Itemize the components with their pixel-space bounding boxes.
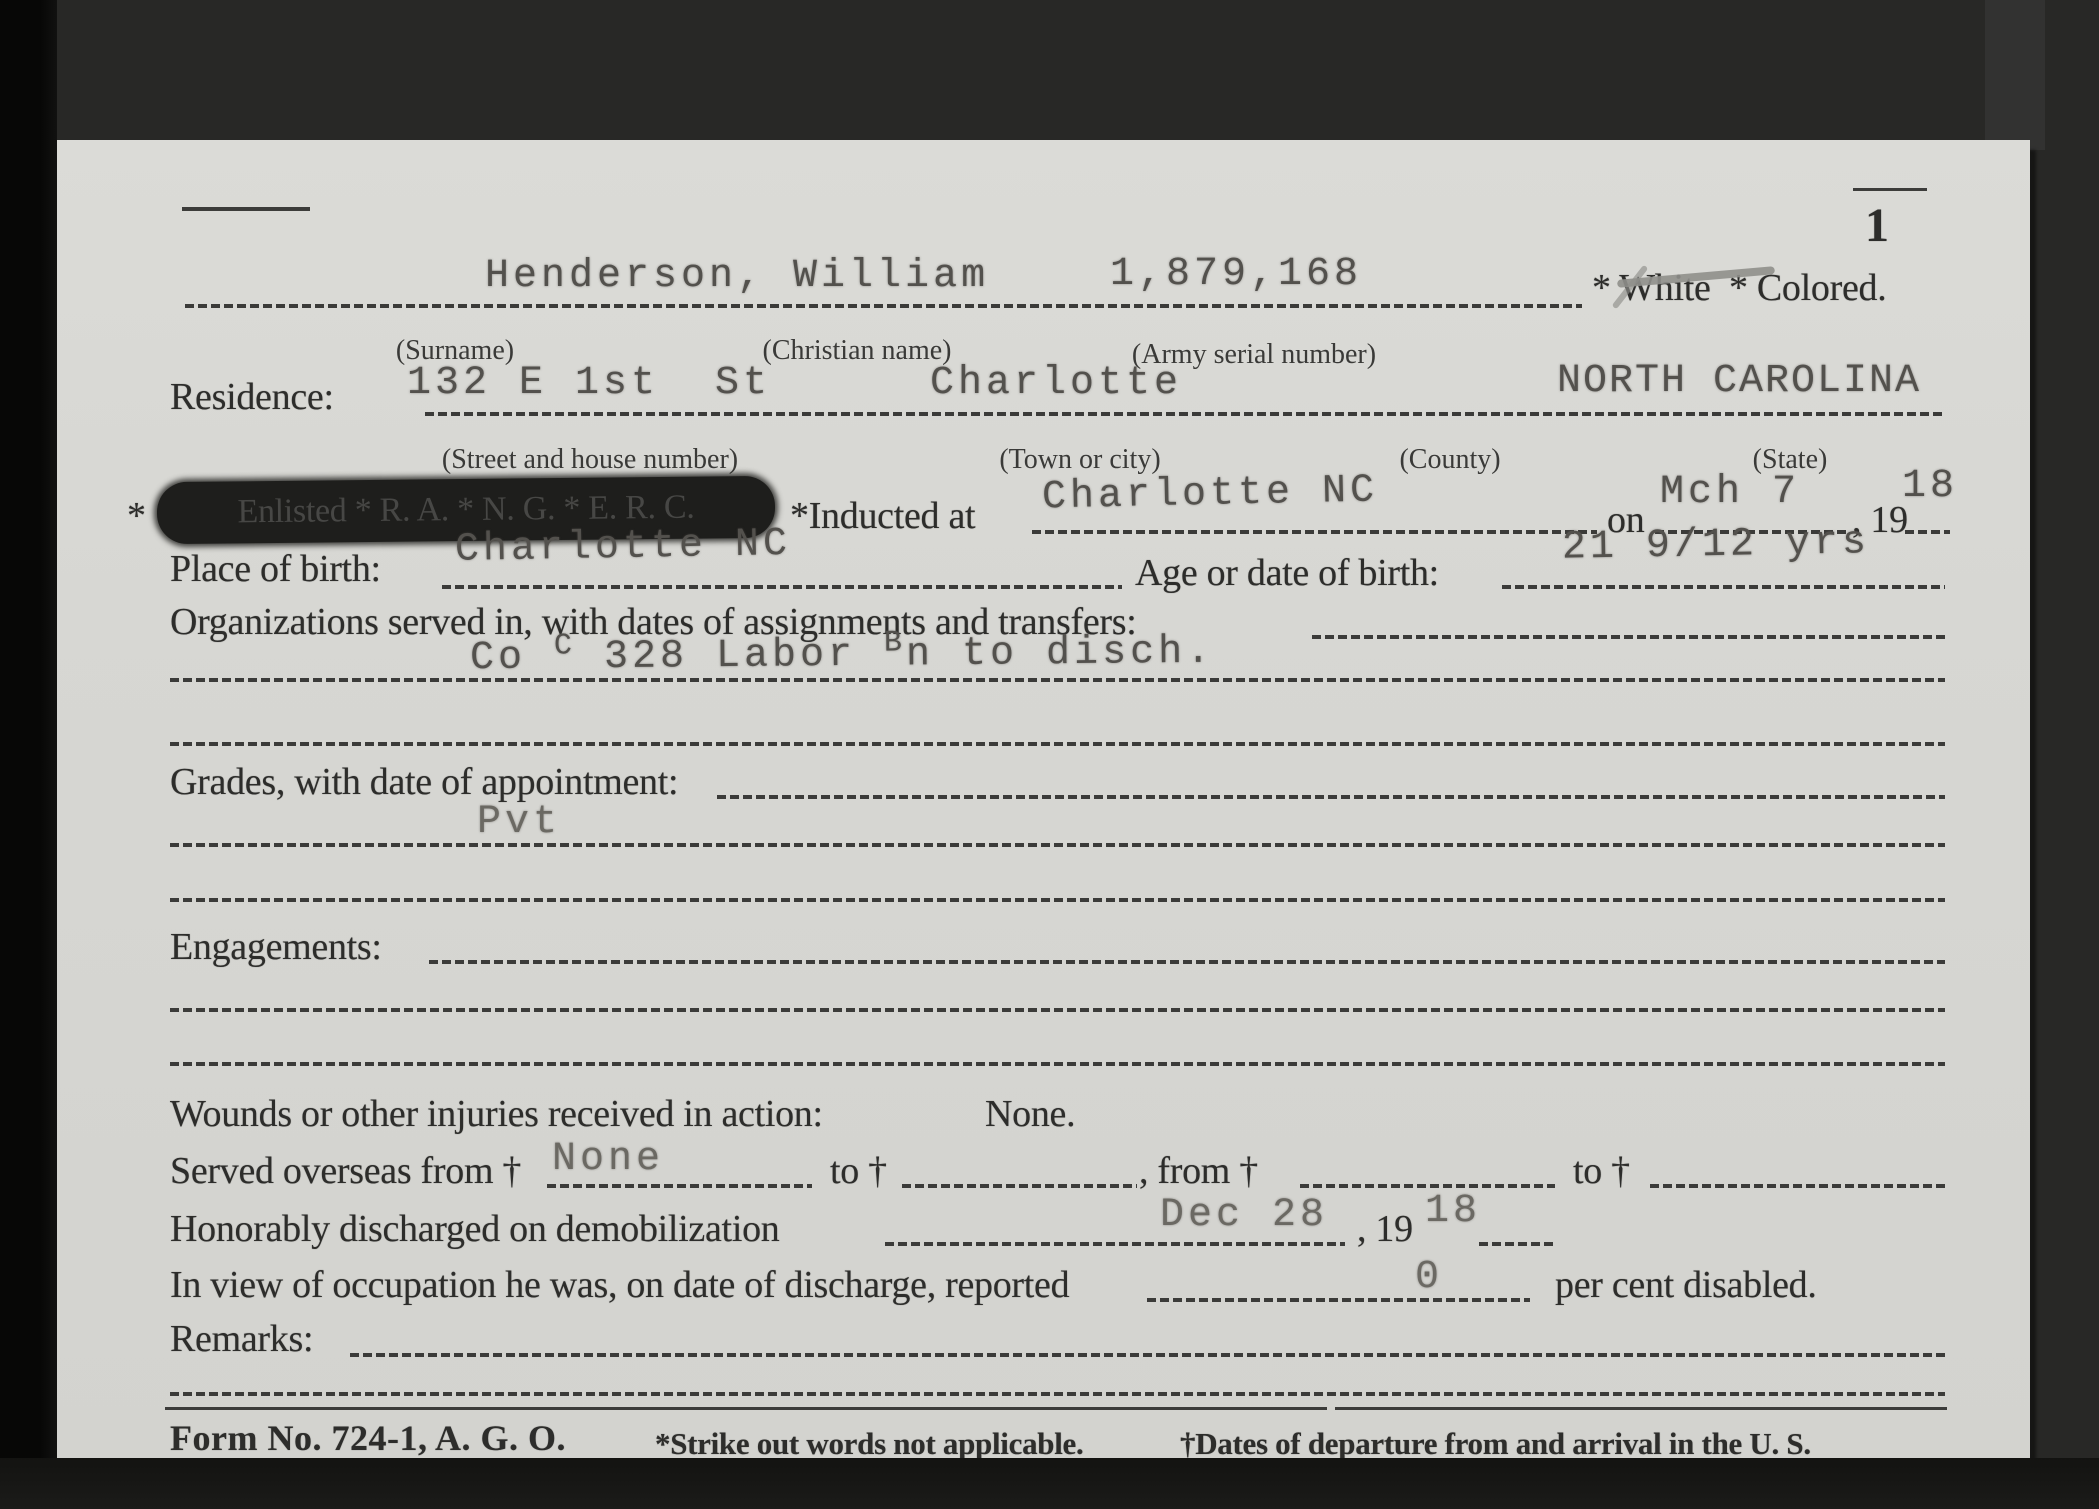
scanned-page: 1 Henderson, William 1,879,168 * White *…	[0, 0, 2099, 1509]
blank-line-1	[170, 742, 1945, 746]
discharge-year-value: 18	[1425, 1192, 1481, 1232]
race-colored: Colored.	[1757, 267, 1887, 309]
birth-row: Place of birth: Charlotte NC Age or date…	[57, 530, 2030, 600]
christian-label: (Christian name)	[763, 337, 952, 365]
remarks-row: Remarks:	[57, 1315, 2030, 1360]
remarks-line	[350, 1353, 1945, 1357]
residence-line	[425, 412, 1945, 416]
overseas-line-4	[1650, 1184, 1945, 1188]
wounds-value: None.	[985, 1095, 1075, 1133]
town-label: (Town or city)	[999, 446, 1160, 474]
struck-enlistment-options: Enlisted * R. A. * N. G. * E. R. C.	[237, 491, 694, 530]
org-mid: 328 Labor	[576, 633, 884, 681]
scan-light-band	[1985, 0, 2045, 150]
disability-line	[1147, 1298, 1530, 1302]
overseas-to1-label: to †	[830, 1152, 887, 1190]
footer: Form No. 724-1, A. G. O. Nov. 22, 1919 *…	[57, 1418, 2030, 1462]
induction-date-value: Mch 7	[1660, 473, 1800, 513]
disability-row: In view of occupation he was, on date of…	[57, 1258, 2030, 1313]
name-line	[185, 304, 1582, 308]
overseas-line-3	[1300, 1184, 1555, 1188]
residence-row: Residence: 132 E 1st St Charlotte NORTH …	[57, 362, 2030, 462]
org-bn-sup: B	[884, 626, 906, 660]
dagger-note: †Dates of departure from and arrival in …	[1180, 1428, 1811, 1459]
blank-line-3	[170, 1008, 1945, 1012]
birthplace-line	[442, 585, 1122, 589]
name-row: Henderson, William 1,879,168 * White * C…	[57, 255, 2030, 355]
organizations-line-2	[170, 678, 1945, 682]
residence-label: Residence:	[170, 378, 334, 416]
discharge-label: Honorably discharged on demobilization	[170, 1210, 779, 1248]
birthplace-value: Charlotte NC	[455, 525, 792, 571]
year-value: 18	[1902, 467, 1958, 507]
overseas-line-1	[547, 1184, 812, 1188]
engagements-line	[429, 960, 1945, 964]
disability-suffix: per cent disabled.	[1555, 1266, 1817, 1304]
page-number-rule	[1853, 188, 1927, 191]
discharge-line-2	[1479, 1242, 1555, 1246]
scan-left-border	[0, 0, 57, 1509]
age-value: 21 9/12 yrs	[1562, 523, 1871, 568]
disability-value: 0	[1415, 1258, 1443, 1298]
org-co: Co	[470, 636, 554, 682]
overseas-row: Served overseas from † None to † , from …	[57, 1140, 2030, 1200]
blank-line-5	[170, 1392, 1945, 1396]
org-end: n to disch.	[906, 630, 1214, 678]
town-value: Charlotte	[930, 364, 1182, 404]
footer-rule-left	[165, 1407, 1327, 1410]
overseas-label: Served overseas from †	[170, 1152, 521, 1190]
form-number: Form No. 724-1, A. G. O.	[170, 1420, 566, 1456]
state-value: NORTH CAROLINA	[1557, 362, 1921, 402]
age-label: Age or date of birth:	[1135, 554, 1439, 592]
birthplace-label: Place of birth:	[170, 550, 381, 588]
org-co-sup: C	[554, 629, 576, 663]
serial-value: 1,879,168	[1110, 255, 1362, 295]
county-label: (County)	[1399, 446, 1500, 474]
wounds-row: Wounds or other injuries received in act…	[57, 1090, 2030, 1135]
discharge-year-prefix: , 19	[1357, 1210, 1413, 1248]
overseas-line-2	[902, 1184, 1137, 1188]
discharge-line-1	[885, 1242, 1345, 1246]
top-left-mark	[182, 207, 310, 211]
footer-rule-right	[1335, 1407, 1947, 1410]
grades-line-2	[170, 843, 1945, 847]
overseas-to2-label: to †	[1573, 1152, 1630, 1190]
wounds-label: Wounds or other injuries received in act…	[170, 1095, 823, 1133]
discharge-date-value: Dec 28	[1160, 1196, 1328, 1236]
grade-value: Pvt	[477, 803, 561, 843]
grades-label: Grades, with date of appointment:	[170, 763, 678, 801]
discharge-row: Honorably discharged on demobilization D…	[57, 1198, 2030, 1258]
blank-line-4	[170, 1062, 1945, 1066]
street-label: (Street and house number)	[442, 446, 738, 474]
engagements-label: Engagements:	[170, 928, 382, 966]
grades-line-1	[717, 795, 1945, 799]
scan-bottom-border	[0, 1458, 2099, 1509]
organizations-line-1	[1312, 635, 1945, 639]
service-record-card: 1 Henderson, William 1,879,168 * White *…	[57, 140, 2030, 1462]
inducted-place-value: Charlotte NC	[1042, 471, 1379, 518]
organizations-row: Organizations served in, with dates of a…	[57, 598, 2030, 688]
engagements-row: Engagements:	[57, 920, 2030, 980]
overseas-from2-label: , from †	[1139, 1152, 1258, 1190]
overseas-from1-value: None	[552, 1140, 664, 1180]
age-line	[1502, 585, 1945, 589]
organizations-value: Co C 328 Labor Bn to disch.	[470, 633, 1214, 679]
disability-label: In view of occupation he was, on date of…	[170, 1266, 1069, 1304]
strike-note: *Strike out words not applicable.	[655, 1428, 1083, 1459]
grades-row: Grades, with date of appointment: Pvt	[57, 755, 2030, 850]
remarks-label: Remarks:	[170, 1320, 313, 1358]
street-value: 132 E 1st St	[407, 364, 771, 404]
name-value: Henderson, William	[485, 257, 989, 297]
page-number: 1	[1865, 202, 1889, 250]
blank-line-2	[170, 898, 1945, 902]
